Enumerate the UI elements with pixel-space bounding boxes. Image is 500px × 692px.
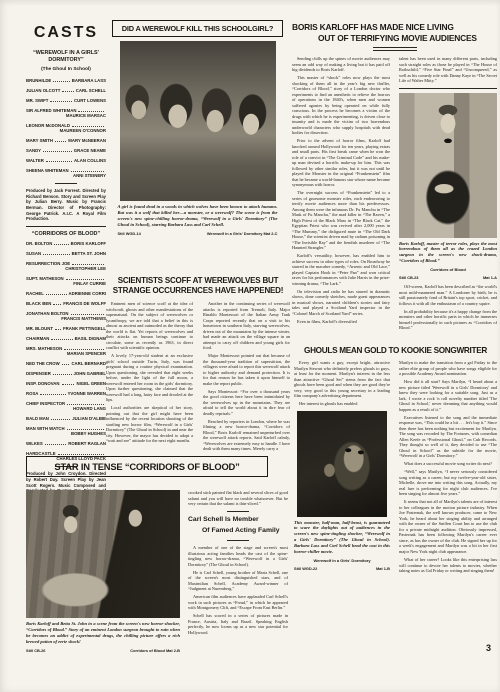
cast-actor: FRANCIS DE WOLFF (63, 301, 106, 306)
cast-row: SHEENA WHITEMAN ANNI STEINERY (26, 168, 106, 178)
dot-leader (67, 404, 104, 405)
dot-leader (46, 294, 67, 295)
paragraph: Her interest in ghouls has enabled (294, 401, 390, 407)
cast-row: SIR ALFRED WHITEMAN MAURICE MARSAC (26, 108, 106, 118)
werewolf-credits: Produced by Jack Forrest. Directed by Ri… (26, 188, 106, 222)
still-number: Still WGD-22 (294, 566, 317, 571)
cast-actor: CARL SCHELL (76, 88, 106, 93)
cast-role: MRS. MATHESON (26, 346, 62, 351)
corridors-cast-list: DR. BOLTON BORIS KARLOFF SUSAN BETTA ST.… (26, 241, 106, 461)
cast-role: SHEENA WHITEMAN (26, 168, 69, 173)
cast-actor: FRANK PETTINGELL (63, 326, 106, 331)
divider (399, 88, 497, 89)
karloff-column-2-top: talent has been used in many different p… (399, 56, 497, 84)
monster-photo (297, 411, 387, 517)
cast-actor: MAURICE MARSAC (66, 113, 106, 118)
cast-row: MR. BLOUNT FRANK PETTINGELL (26, 326, 106, 331)
schell-headline-line1: Carl Schell Is Member (188, 516, 288, 525)
dot-leader (46, 161, 72, 162)
paragraph: Marilyn to make the transition from a ga… (399, 360, 497, 377)
cast-row: WALTER ALAN COLLINS (26, 158, 106, 163)
cast-actor: JULIAN D'ALBIE (72, 416, 106, 421)
cast-actor: HOWARD LANG (73, 406, 106, 411)
cast-actor: NIGEL GREEN (76, 381, 106, 386)
cast-role: BLACK BEN (26, 301, 51, 306)
cast-role: JULIAN OLCOTT (26, 88, 60, 93)
dot-leader (78, 111, 104, 112)
dot-leader (64, 349, 104, 350)
cast-role: MAN WITH WATCH (26, 426, 65, 431)
cast-actor: GRACE NEAME (74, 148, 106, 153)
cast-actor: CARL BERNARD (71, 361, 106, 366)
cast-actor: FRANCIS MATTHEWS (61, 316, 106, 321)
dot-leader (72, 264, 104, 265)
cast-role: MR. BLOUNT (26, 326, 53, 331)
cast-role: DISPENSER (26, 371, 51, 376)
cast-actor: JOHN GABRIEL (74, 371, 106, 376)
dot-leader (62, 91, 73, 92)
karloff-photo-caption: Boris Karloff, master of terror roles, p… (399, 241, 497, 264)
paragraph: Prior to the advent of horror films, Kar… (292, 138, 390, 188)
still-number: Still CB-26 (26, 648, 45, 653)
divider (26, 226, 106, 227)
karloff-headline-line1: BORIS KARLOFF HAS MADE NICE LIVING (292, 22, 497, 33)
cast-role: WALTER (26, 158, 44, 163)
paragraph: Another in the continuing series of were… (203, 301, 290, 351)
paragraph: Says Montessori: “For over a thousand ye… (203, 389, 290, 417)
dot-leader (53, 81, 69, 82)
dot-leader (71, 314, 105, 315)
casts-title: CASTS (26, 24, 106, 42)
cast-role: SUSAN (26, 251, 41, 256)
cast-row: BALD MAN JULIAN D'ALBIE (26, 416, 106, 421)
paragraph: talent has been used in many different p… (399, 56, 497, 84)
dot-leader (54, 244, 68, 245)
ghouls-article: GHOULS MEAN GOLD TO KOOKIE SONGWRITER Ev… (294, 346, 497, 576)
cast-actor: BASIL DIGNAM (75, 336, 106, 341)
ghouls-column-1: Every girl wants a guy, except bright, a… (294, 360, 390, 576)
cast-role: ROSA (26, 391, 38, 396)
star-article: STAR IN TENSE “CORRIDORS OF BLOOD” (26, 456, 268, 477)
dot-leader (67, 429, 104, 430)
paragraph: He is Carl Schell, young brother of Mari… (188, 570, 288, 592)
cast-row: CHIEF INSPECTOR HOWARD LANG (26, 401, 106, 411)
mat-number: Mat 1-A (483, 275, 497, 280)
cast-row: RACHEL ADRIENNE CORRI (26, 291, 106, 296)
paragraph: Off-screen, Karloff has been described a… (399, 284, 497, 306)
film-label: Werewolf in a Girls' Dormitory (294, 558, 390, 563)
paragraph: What of her career? Looks like this ente… (399, 557, 497, 574)
cast-actor: YVONNE WARREN (68, 391, 106, 396)
paragraph: Schell has scored in a series of picture… (188, 613, 288, 635)
ghouls-column-2: Marilyn to make the transition from a ga… (399, 360, 497, 576)
cast-row: INSP. DONOVAN NIGEL GREEN (26, 381, 106, 386)
scientists-tail: crooked stick painted flat black and sev… (188, 490, 288, 507)
divider (55, 183, 77, 184)
film-label: Corridors of Blood (399, 267, 497, 272)
schell-article: crooked stick painted flat black and sev… (188, 490, 288, 638)
cast-row: DISPENSER JOHN GABRIEL (26, 371, 106, 376)
scientists-body: Eminent men of science scoff at the idea… (106, 301, 290, 453)
scientists-headline-line1: SCIENTISTS SCOFF AT WEREWOLVES BUT (106, 276, 290, 286)
cast-role: RACHEL (26, 291, 44, 296)
cast-role: SUPT. MATHESON (26, 276, 64, 281)
monster-photo-caption: This monster, half-man, half-beast, is g… (294, 520, 390, 555)
cast-actor: CURT LOWENS (74, 98, 106, 103)
paragraph: American film audiences have applauded C… (188, 594, 288, 611)
cast-actor: MARIAN SPENCER (67, 351, 106, 356)
cast-actor: MARY McNEERAN (68, 138, 106, 143)
cast-role: RESURRECTION JOE (26, 261, 70, 266)
cast-row: SUPT. MATHESON FINLAY CURRIE (26, 276, 106, 286)
cast-row: MARY SMITH MARY McNEERAN (26, 138, 106, 143)
ghouls-column-1-text: Every girl wants a guy, except bright, a… (294, 360, 390, 407)
paragraph: Karloff's versatility, however, has enab… (292, 253, 390, 286)
cast-role: NED THE CROW (26, 361, 60, 366)
dot-leader (40, 394, 65, 395)
paragraph: A member of one of the stage and screen'… (188, 545, 288, 567)
dot-leader (62, 364, 70, 365)
karloff-column-2: talent has been used in many different p… (399, 56, 497, 334)
corridors-film-title: “CORRIDORS OF BLOOD” (26, 231, 106, 238)
dot-leader (71, 171, 104, 172)
paragraph: Executives listened to the song and the … (399, 415, 497, 459)
cast-row: DR. BOLTON BORIS KARLOFF (26, 241, 106, 246)
cast-role: BALD MAN (26, 416, 49, 421)
werewolf-schoolgirl-article: DID A WEREWOLF KILL THIS SCHOOLGIRL? A g… (112, 20, 283, 236)
paragraph: On television and radio he has starred i… (292, 289, 390, 317)
casts-column: CASTS “WEREWOLF IN A GIRLS' DORMITORY” (… (26, 24, 106, 505)
cast-role: INSP. DONOVAN (26, 381, 60, 386)
cast-row: NED THE CROW CARL BERNARD (26, 361, 106, 366)
dot-leader (50, 101, 72, 102)
dot-leader (53, 304, 61, 305)
paragraph: Sending chills up the spines of movie au… (292, 56, 390, 73)
cast-row: CHAIRMAN BASIL DIGNAM (26, 336, 106, 341)
paragraph: Reached by reporters in London, where he… (203, 419, 290, 452)
mat-number: Werewolf in a Girls' Dormitory Mat 2-C (207, 231, 278, 236)
divider (227, 540, 249, 541)
cast-role: CHAIRMAN (26, 336, 49, 341)
karloff-portrait-photo (399, 93, 497, 238)
cast-role: MR. SWIFT (26, 98, 48, 103)
paragraph: A lovely 17-year-old student at an exclu… (106, 353, 193, 403)
werewolf-film-title: “WEREWOLF IN A GIRLS' DORMITORY” (26, 50, 106, 64)
cast-actor: ALAN COLLINS (74, 158, 106, 163)
cast-row: SUSAN BETTA ST. JOHN (26, 251, 106, 256)
cast-row: BLACK BEN FRANCIS DE WOLFF (26, 301, 106, 306)
dot-leader (43, 151, 72, 152)
paragraph: crooked stick painted flat black and sev… (188, 490, 288, 507)
dot-leader (66, 279, 104, 280)
cast-actor: BOBBY HUGHES (71, 431, 106, 436)
cast-role: DR. BOLTON (26, 241, 52, 246)
paragraph: The overnight success of “Frankenstein” … (292, 190, 390, 251)
dot-leader (55, 141, 66, 142)
paragraph: What does a successful movie song writer… (399, 461, 497, 467)
pressbook-page: CASTS “WEREWOLF IN A GIRLS' DORMITORY” (… (0, 0, 500, 692)
paragraph: Every girl wants a guy, except bright, a… (294, 360, 390, 399)
paragraph: Major Montessori pointed out that becaus… (203, 353, 290, 386)
cast-role: BRUNHILDE (26, 78, 51, 83)
cast-actor: BARBARA LASS (72, 78, 106, 83)
cast-row: MAN WITH WATCH BOBBY HUGHES (26, 426, 106, 436)
still-number: Still WGD-14 (118, 231, 141, 236)
werewolf-headline: DID A WEREWOLF KILL THIS SCHOOLGIRL? (112, 20, 283, 37)
mat-number: Mat 1-B (376, 566, 390, 571)
cast-actor: CHRISTOPHER LEE (65, 266, 106, 271)
paragraph: In all probability because it's a happy … (399, 309, 497, 331)
dot-leader (72, 126, 104, 127)
cast-role: MARY SMITH (26, 138, 53, 143)
cast-actor: ANNI STEINERY (73, 173, 106, 178)
headline-ornament (373, 47, 417, 51)
cast-row: JULIAN OLCOTT CARL SCHELL (26, 88, 106, 93)
dot-leader (43, 254, 70, 255)
dot-leader (55, 329, 61, 330)
cast-actor: ROBERT RAGLAN (68, 441, 106, 446)
cast-role: CHIEF INSPECTOR (26, 401, 65, 406)
cast-row: ROSA YVONNE WARREN (26, 391, 106, 396)
cast-row: WILKES ROBERT RAGLAN (26, 441, 106, 446)
dot-leader (62, 384, 75, 385)
cast-row: JONATHAN BOLTON FRANCIS MATTHEWS (26, 311, 106, 321)
ghouls-headline: GHOULS MEAN GOLD TO KOOKIE SONGWRITER (294, 346, 497, 355)
star-photo-block: Boris Karloff and Betta St. John in a sc… (26, 490, 180, 653)
karloff-headline-line2: OUT OF TERRIFYING MOVIE AUDIENCES (318, 33, 497, 44)
scientists-headline-line2: STRANGE OCCURRENCES HAVE HAPPENED! (106, 286, 290, 296)
cast-row: BRUNHILDE BARBARA LASS (26, 78, 106, 83)
paragraph: How did it all start? Says Marilyn, “I h… (399, 379, 497, 412)
scientists-article: SCIENTISTS SCOFF AT WEREWOLVES BUT STRAN… (106, 276, 290, 453)
cast-actor: ADRIENNE CORRI (69, 291, 106, 296)
star-headline: STAR IN TENSE “CORRIDORS OF BLOOD” (26, 456, 268, 477)
cast-actor: MAUREEN O'CONNOR (60, 128, 106, 133)
cast-role: WILKES (26, 441, 43, 446)
still-number: Still CB-23 (399, 275, 418, 280)
dot-leader (53, 374, 72, 375)
divider (227, 511, 249, 512)
dot-leader (45, 444, 67, 445)
schoolgirls-photo-caption: A girl is found dead in a woods in which… (118, 204, 278, 227)
cast-row: MRS. MATHESON MARIAN SPENCER (26, 346, 106, 356)
page-number: 3 (486, 643, 491, 653)
werewolf-cast-list: BRUNHILDE BARBARA LASS JULIAN OLCOTT CAR… (26, 78, 106, 178)
werewolf-film-subtitle: (The Ghoul In School) (26, 67, 106, 72)
paragraph: Even in films, Karloff's diversified (292, 319, 390, 325)
cast-row: RESURRECTION JOE CHRISTOPHER LEE (26, 261, 106, 271)
paragraph: This master of “shock” roles now plays t… (292, 75, 390, 136)
cast-actor: BORIS KARLOFF (71, 241, 106, 246)
karloff-column-1: Sending chills up the spines of movie au… (292, 56, 390, 334)
dot-leader (51, 419, 70, 420)
cast-actor: BETTA ST. JOHN (72, 251, 106, 256)
cast-row: LEONOR McDONALD MAUREEN O'CONNOR (26, 123, 106, 133)
schoolgirls-photo (120, 41, 276, 201)
dot-leader (51, 339, 72, 340)
scene-photo-caption: Boris Karloff and Betta St. John in a sc… (26, 621, 180, 644)
cast-row: MR. SWIFT CURT LOWENS (26, 98, 106, 103)
mat-number: Corridors of Blood Mat 2-B (130, 648, 180, 653)
karloff-article: BORIS KARLOFF HAS MADE NICE LIVING OUT O… (292, 22, 497, 334)
cast-row: SANDY GRACE NEAME (26, 148, 106, 153)
corridors-scene-photo (26, 490, 180, 618)
schell-body: A member of one of the stage and screen'… (188, 545, 288, 635)
paragraph: “Well,” says Marilyn, “I never seriously… (399, 469, 497, 497)
schell-headline-line2: Of Famed Acting Family (188, 527, 288, 536)
cast-role: SANDY (26, 148, 41, 153)
paragraph: Local authorities are skeptical of her s… (106, 405, 193, 444)
paragraph: Eminent men of science scoff at the idea… (106, 301, 193, 351)
cast-actor: FINLAY CURRIE (73, 281, 106, 286)
karloff-column-2-bottom: Off-screen, Karloff has been described a… (399, 284, 497, 331)
paragraph: It seems that not all of Marilyn's talen… (399, 499, 497, 554)
